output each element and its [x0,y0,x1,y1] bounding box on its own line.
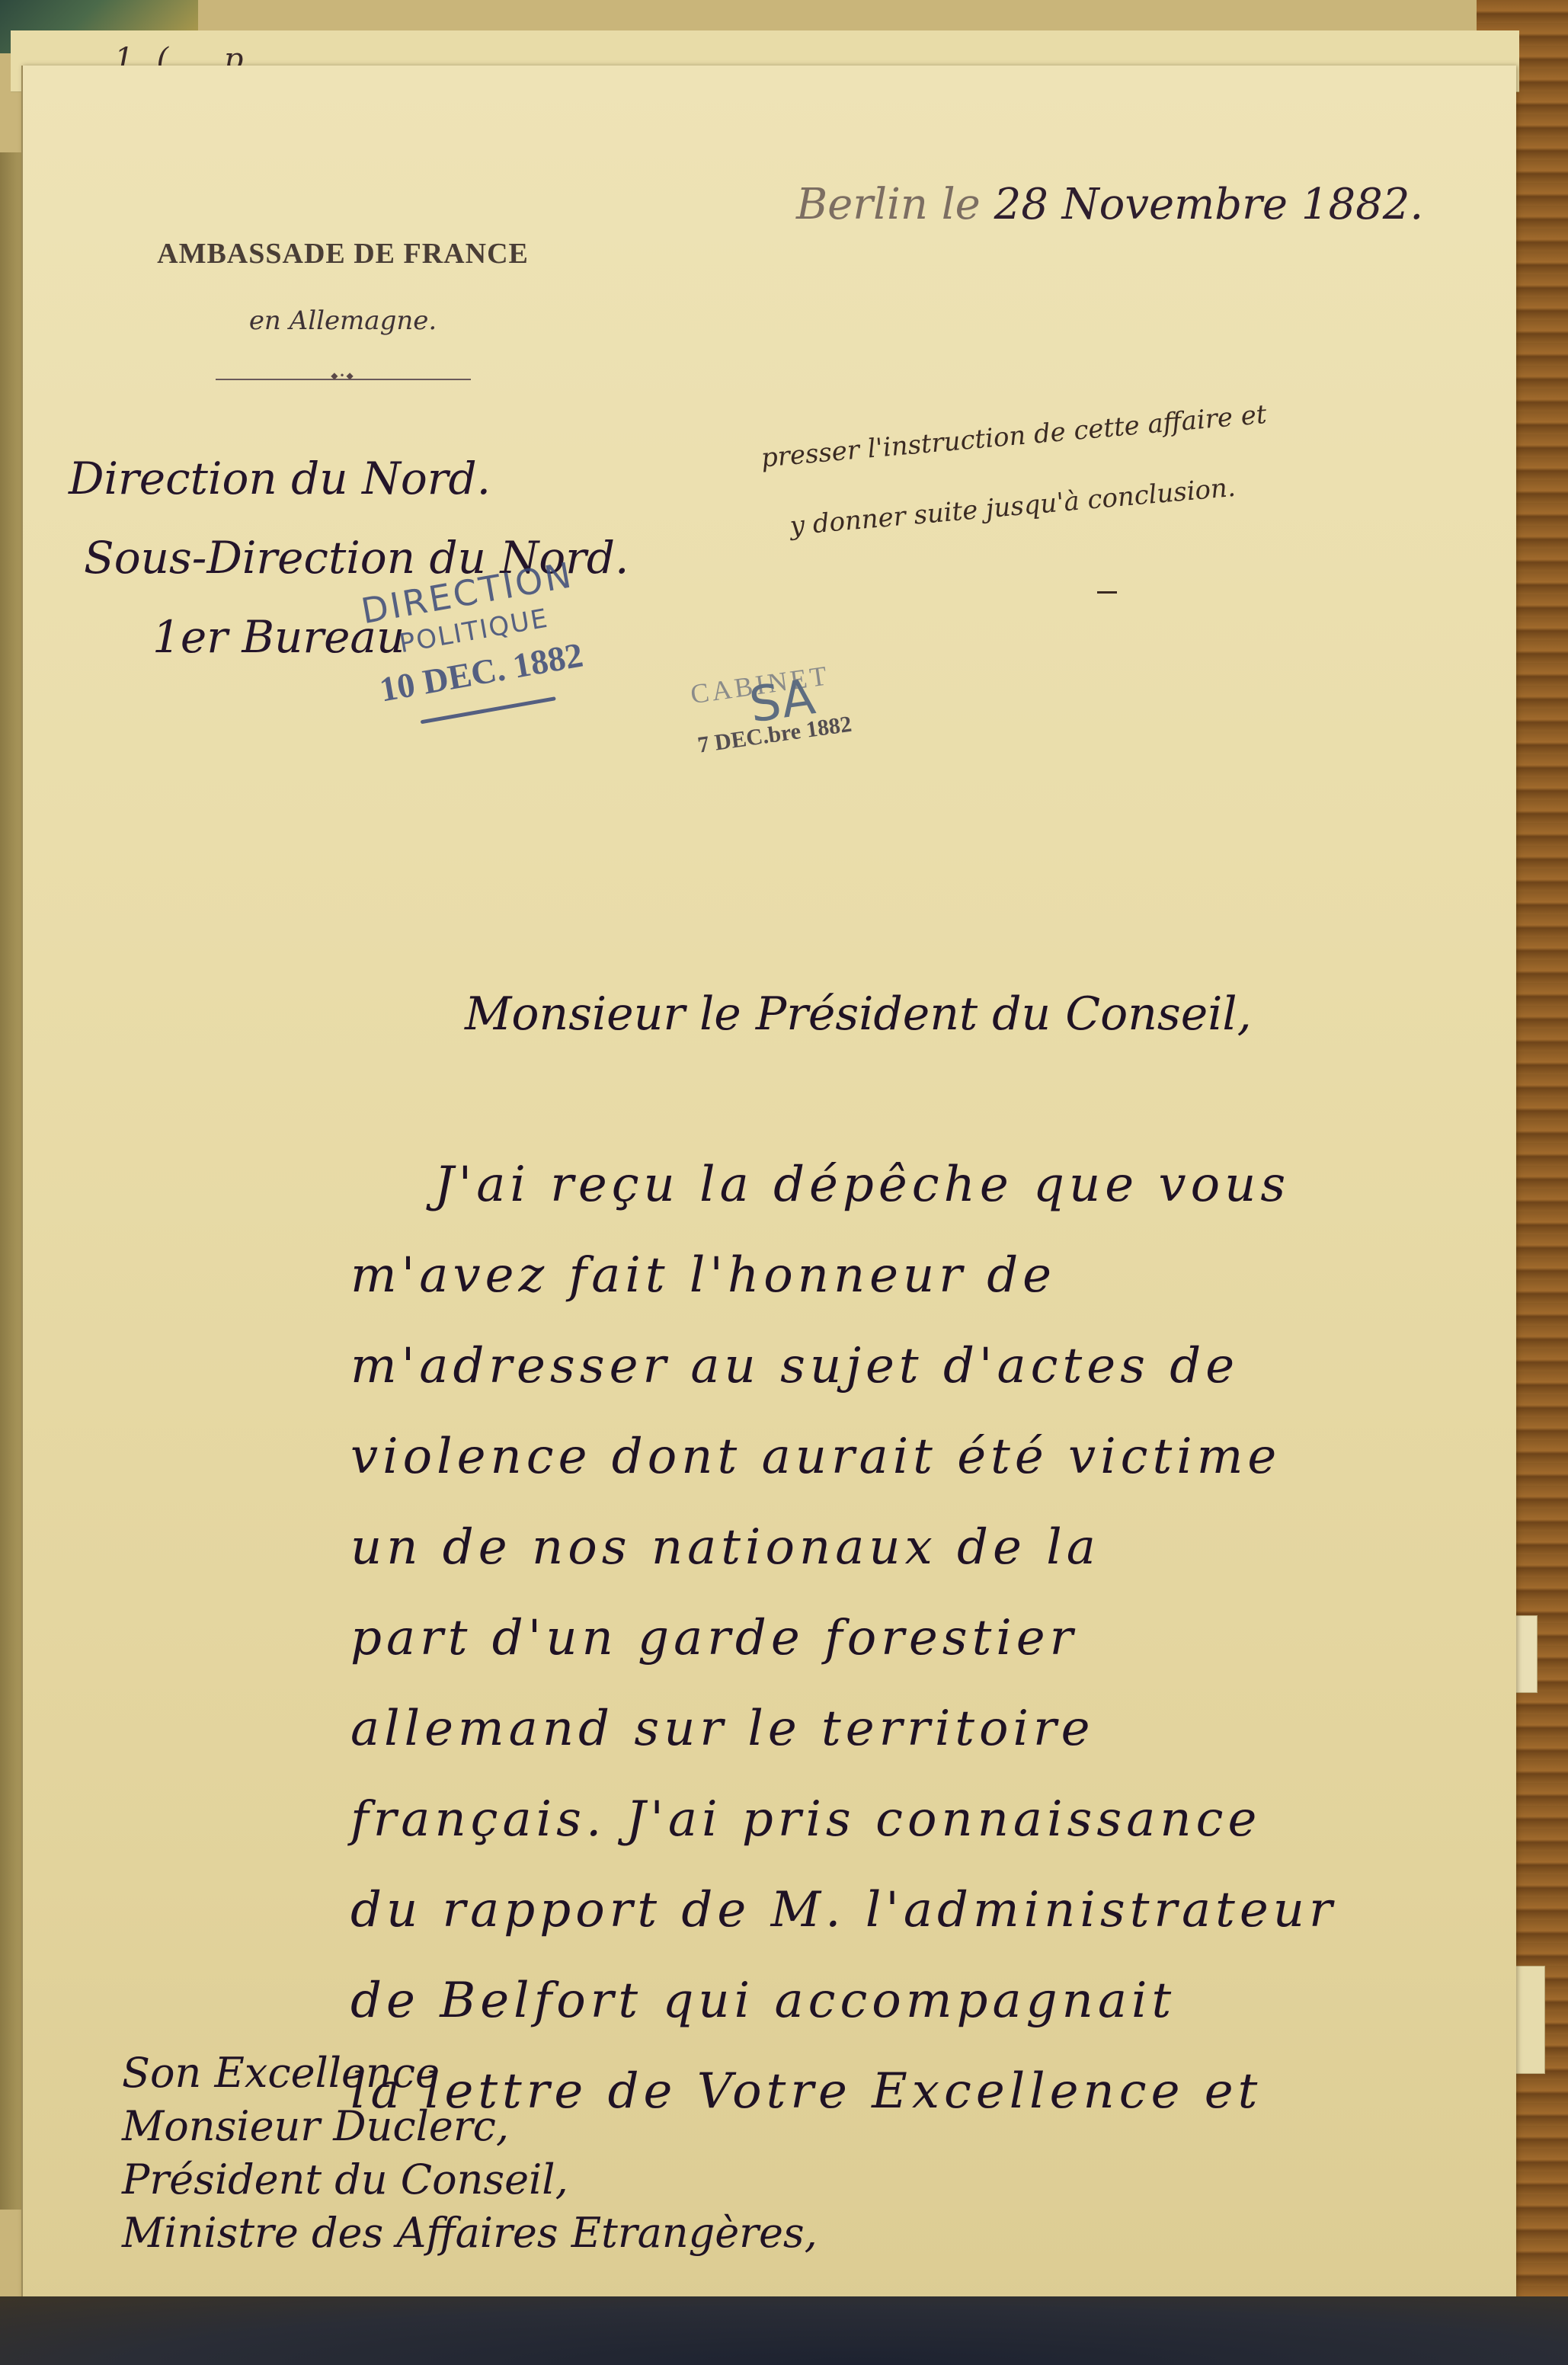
addressee-line: Son Excellence [122,2047,818,2100]
letterhead-title: AMBASSADE DE FRANCE [122,237,564,270]
addressee-block: Son Excellence Monsieur Duclerc, Préside… [122,2047,818,2260]
body-line: m'adresser au sujet d'actes de [350,1321,1524,1412]
dateline-date: 28 Novembre 1882. [994,180,1424,229]
letterhead: AMBASSADE DE FRANCE en Allemagne. [122,237,564,380]
letter-body: J'ai reçu la dépêche que vous m'avez fai… [350,1140,1524,2137]
dark-fabric-foreground [0,2296,1568,2365]
body-line: J'ai reçu la dépêche que vous [350,1140,1524,1231]
letter-page: AMBASSADE DE FRANCE en Allemagne. Berlin… [21,66,1516,2332]
body-line: m'avez fait l'honneur de [350,1231,1524,1321]
margin-annotation: presser l'instruction de cette affaire e… [758,379,1275,563]
addressee-line: Monsieur Duclerc, [122,2100,818,2153]
body-line: violence dont aurait été victime [350,1412,1524,1503]
direction-line: Direction du Nord. [69,439,629,518]
stamp-underline [420,696,555,724]
ornamental-rule [216,379,471,380]
body-line: part d'un garde forestier [350,1593,1524,1684]
body-line: un de nos nationaux de la [350,1503,1524,1593]
dateline: Berlin le 28 Novembre 1882. [796,180,1423,229]
addressee-line: Ministre des Affaires Etrangères, [122,2207,818,2260]
stamp-cabinet: CABINET SA 7 DEC.bre 1882 [689,657,853,758]
letterhead-subtitle: en Allemagne. [122,306,564,336]
stamp-initials: SA [746,669,818,734]
body-line: du rapport de M. l'administrateur [350,1865,1524,1956]
salutation: Monsieur le Président du Conseil, [465,987,1252,1041]
body-line: français. J'ai pris connaissance [350,1775,1524,1865]
body-line: de Belfort qui accompagnait [350,1956,1524,2047]
dateline-place: Berlin le [796,180,981,229]
body-line: allemand sur le territoire [350,1684,1524,1775]
margin-dash [1097,591,1117,594]
addressee-line: Président du Conseil, [122,2153,818,2207]
